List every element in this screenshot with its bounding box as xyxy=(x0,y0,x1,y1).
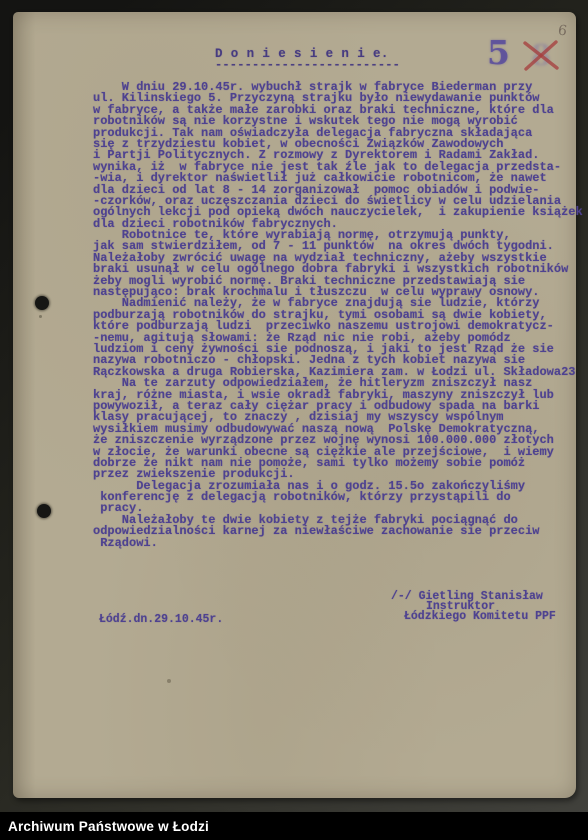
pencil-corner-number: 6 xyxy=(557,22,568,39)
document-page: D o n i e s i e n i e. -----------------… xyxy=(13,12,576,798)
typed-line: odpowiedzialności karnej za niewłaściwe … xyxy=(93,526,583,537)
paper-speck xyxy=(39,315,42,318)
archive-name-label: Archiwum Państwowe w Łodzi xyxy=(0,819,209,834)
punch-hole-top xyxy=(35,296,49,310)
signature-organization: Łódzkiego Komitetu PPF xyxy=(404,610,556,623)
typed-body: W dniu 29.10.45r. wybuchł strajk w fabry… xyxy=(93,82,583,549)
typed-line: konferencję z delegacją robotników, któr… xyxy=(93,492,583,503)
paper-speck xyxy=(167,679,171,683)
red-cross-mark xyxy=(521,40,561,72)
document-title-block: D o n i e s i e n i e. -----------------… xyxy=(215,48,400,69)
punch-hole-bottom xyxy=(37,504,51,518)
typed-line: Rządowi. xyxy=(93,538,583,549)
archive-watermark-bar: Archiwum Państwowe w Łodzi xyxy=(0,812,588,840)
date-place-line: Łódź.dn.29.10.45r. xyxy=(99,613,223,626)
title-underline: ------------------------- xyxy=(215,61,400,69)
page-number-stamp: 5 xyxy=(487,33,510,72)
